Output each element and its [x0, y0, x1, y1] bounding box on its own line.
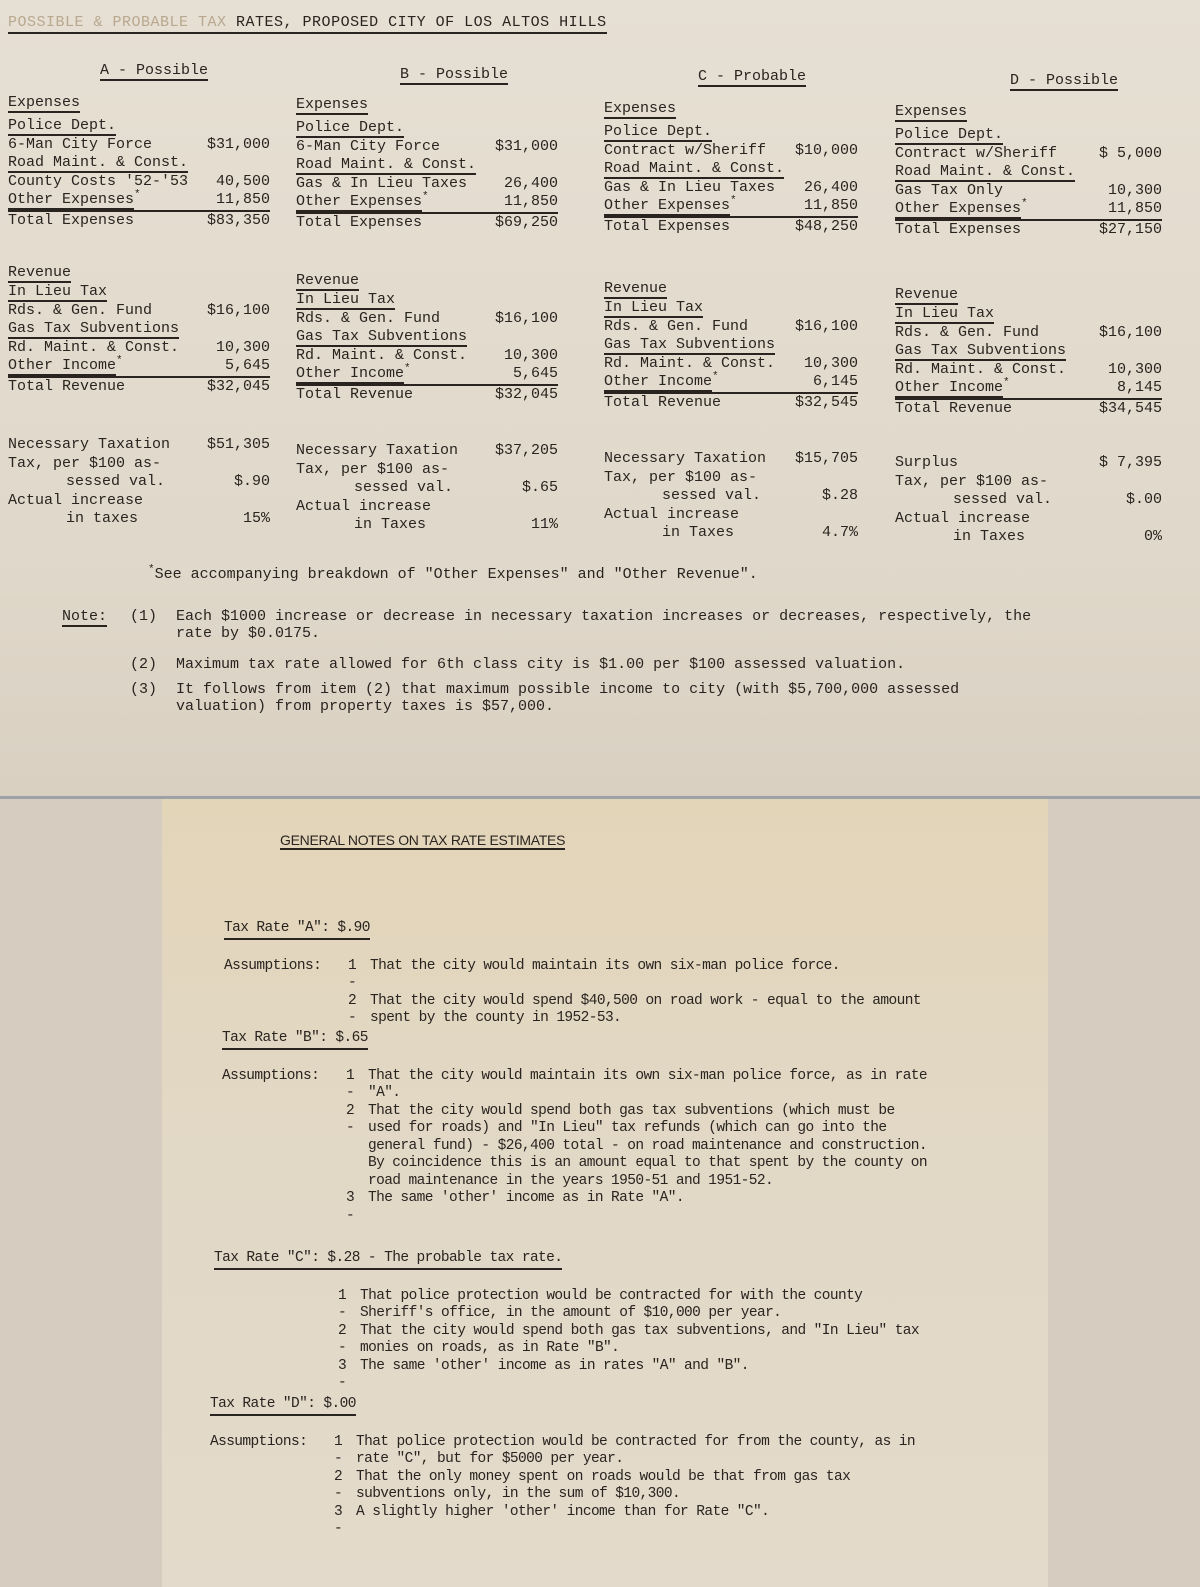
tax-rate-value: $.28 — [822, 487, 858, 506]
assumption-item: 2 -That the city would spend $40,500 on … — [348, 993, 930, 1028]
note-item: (2) Maximum tax rate allowed for 6th cla… — [62, 656, 1046, 673]
revenue-row: Rd. Maint. & Const.10,300 — [895, 361, 1162, 380]
revenue-block: RevenueIn Lieu TaxRds. & Gen. Fund$16,10… — [296, 272, 558, 405]
revenue-row: Other Income*5,645 — [8, 357, 270, 376]
notes-label: Note: — [62, 609, 107, 627]
expenses-block: ExpensesPolice Dept.6-Man City Force$31,… — [296, 96, 558, 233]
revenue-label: Revenue — [604, 281, 667, 299]
necessary-taxation-row: Necessary Taxation$37,205 — [296, 442, 558, 461]
tax-rate-row: sessed val.$.65 — [296, 479, 558, 498]
tax-rate-row: sessed val.$.90 — [8, 473, 270, 492]
tax-rate-value: $.65 — [522, 479, 558, 498]
expense-row: Other Expenses*11,850 — [296, 193, 558, 212]
assumption-item: 3 -A slightly higher 'other' income than… — [334, 1504, 916, 1539]
expense-total-row: Total Expenses$27,150 — [895, 219, 1162, 240]
revenue-row: Rd. Maint. & Const.10,300 — [296, 347, 558, 366]
revenue-row: Rd. Maint. & Const.10,300 — [604, 355, 858, 374]
expenses-block: ExpensesPolice Dept.6-Man City Force$31,… — [8, 94, 270, 231]
assumptions-label: Assumptions: — [210, 1434, 307, 1450]
assumption-item: 1 -That the city would maintain its own … — [348, 958, 930, 993]
assumption-item: 1 -That police protection would be contr… — [334, 1434, 916, 1469]
footnote: *See accompanying breakdown of "Other Ex… — [148, 566, 758, 583]
revenue-total-row: Total Revenue$32,045 — [296, 384, 558, 405]
tax-rate-value: $.90 — [234, 473, 270, 492]
tax-increase-value: 0% — [1144, 528, 1162, 547]
expense-row: Other Expenses*11,850 — [895, 200, 1162, 219]
revenue-block: RevenueIn Lieu TaxRds. & Gen. Fund$16,10… — [604, 280, 858, 413]
revenue-total-row: Total Revenue$32,545 — [604, 392, 858, 413]
expenses-block: ExpensesPolice Dept.Contract w/Sheriff$1… — [604, 100, 858, 237]
tax-rate-sheet: POSSIBLE & PROBABLE TAX RATES, PROPOSED … — [0, 0, 1200, 795]
document-title: POSSIBLE & PROBABLE TAX RATES, PROPOSED … — [8, 14, 607, 34]
revenue-row: Rds. & Gen. Fund$16,100 — [604, 318, 858, 337]
revenue-row: Rds. & Gen. Fund$16,100 — [895, 324, 1162, 343]
note-item: Note: (1) Each $1000 increase or decreas… — [62, 608, 1046, 642]
revenue-label: Revenue — [296, 273, 359, 291]
expense-row: 6-Man City Force$31,000 — [8, 136, 270, 155]
necessary-taxation-row: Necessary Taxation$51,305 — [8, 436, 270, 455]
assumption-item: 1 -That police protection would be contr… — [338, 1288, 920, 1323]
tax-rate-section: Tax Rate "C": $.28 - The probable tax ra… — [214, 1250, 954, 1393]
tax-rate-section: Tax Rate "B": $.65Assumptions:1 -That th… — [222, 1030, 962, 1225]
taxation-result-block: Necessary Taxation$15,705Tax, per $100 a… — [604, 450, 858, 543]
tax-rate-section: Tax Rate "A": $.90Assumptions:1 -That th… — [224, 920, 964, 1028]
taxation-result-block: Necessary Taxation$51,305Tax, per $100 a… — [8, 436, 270, 529]
revenue-row: Other Income*8,145 — [895, 379, 1162, 398]
expense-row: Contract w/Sheriff$ 5,000 — [895, 145, 1162, 164]
assumption-item: 2 -That the city would spend both gas ta… — [338, 1323, 920, 1358]
general-notes-title: GENERAL NOTES ON TAX RATE ESTIMATES — [280, 832, 565, 850]
tax-rate-row: sessed val.$.00 — [895, 491, 1162, 510]
tax-rate-row: sessed val.$.28 — [604, 487, 858, 506]
expense-row: Other Expenses*11,850 — [8, 191, 270, 210]
revenue-row: Other Income*5,645 — [296, 365, 558, 384]
revenue-block: RevenueIn Lieu TaxRds. & Gen. Fund$16,10… — [895, 286, 1162, 419]
revenue-label: Revenue — [895, 287, 958, 305]
tax-increase-row: in Taxes11% — [296, 516, 558, 535]
expenses-label: Expenses — [604, 101, 676, 119]
expenses-block: ExpensesPolice Dept.Contract w/Sheriff$ … — [895, 103, 1162, 240]
tax-increase-value: 11% — [531, 516, 558, 535]
note-item: (3) It follows from item (2) that maximu… — [62, 681, 1046, 715]
expense-total-row: Total Expenses$83,350 — [8, 210, 270, 231]
tax-rate-heading: Tax Rate "A": $.90 — [224, 920, 370, 940]
taxation-result-block: Surplus$ 7,395Tax, per $100 as-sessed va… — [895, 454, 1162, 547]
assumption-item: 2 -That the only money spent on roads wo… — [334, 1469, 916, 1504]
tax-rate-heading: Tax Rate "D": $.00 — [210, 1396, 356, 1416]
tax-increase-row: in Taxes4.7% — [604, 524, 858, 543]
revenue-row: Rds. & Gen. Fund$16,100 — [8, 302, 270, 321]
assumption-item: 2 -That the city would spend both gas ta… — [346, 1103, 928, 1191]
necessary-taxation-row: Necessary Taxation$15,705 — [604, 450, 858, 469]
assumptions-label: Assumptions: — [224, 958, 321, 974]
document-title-faded: POSSIBLE & PROBABLE TAX — [8, 14, 227, 31]
expense-row: Contract w/Sheriff$10,000 — [604, 142, 858, 161]
column-heading: C - Probable — [698, 68, 806, 87]
document-title-main: RATES, PROPOSED CITY OF LOS ALTOS HILLS — [227, 14, 607, 31]
revenue-block: RevenueIn Lieu TaxRds. & Gen. Fund$16,10… — [8, 264, 270, 397]
assumption-item: 3 -The same 'other' income as in rates "… — [338, 1358, 920, 1393]
column-heading: B - Possible — [400, 66, 508, 85]
notes-section: Note: (1) Each $1000 increase or decreas… — [62, 608, 1046, 722]
revenue-total-row: Total Revenue$32,045 — [8, 376, 270, 397]
revenue-row: Other Income*6,145 — [604, 373, 858, 392]
necessary-taxation-row: Surplus$ 7,395 — [895, 454, 1162, 473]
assumption-item: 1 -That the city would maintain its own … — [346, 1068, 928, 1103]
assumptions-label: Assumptions: — [222, 1068, 319, 1084]
expenses-label: Expenses — [8, 95, 80, 113]
revenue-total-row: Total Revenue$34,545 — [895, 398, 1162, 419]
tax-rate-section: Tax Rate "D": $.00Assumptions:1 -That po… — [210, 1396, 950, 1539]
column-heading: A - Possible — [100, 62, 208, 81]
expense-row: Other Expenses*11,850 — [604, 197, 858, 216]
tax-increase-value: 4.7% — [822, 524, 858, 543]
tax-increase-row: in taxes15% — [8, 510, 270, 529]
tax-rate-value: $.00 — [1126, 491, 1162, 510]
expenses-label: Expenses — [296, 97, 368, 115]
revenue-label: Revenue — [8, 265, 71, 283]
assumption-item: 3 -The same 'other' income as in Rate "A… — [346, 1190, 928, 1225]
expense-row: 6-Man City Force$31,000 — [296, 138, 558, 157]
tax-increase-row: in Taxes0% — [895, 528, 1162, 547]
expense-row: Gas Tax Only10,300 — [895, 182, 1162, 201]
expenses-label: Expenses — [895, 104, 967, 122]
expense-total-row: Total Expenses$48,250 — [604, 216, 858, 237]
tax-rate-heading: Tax Rate "C": $.28 - The probable tax ra… — [214, 1250, 562, 1270]
expense-total-row: Total Expenses$69,250 — [296, 212, 558, 233]
revenue-row: Rds. & Gen. Fund$16,100 — [296, 310, 558, 329]
tax-rate-heading: Tax Rate "B": $.65 — [222, 1030, 368, 1050]
tax-increase-value: 15% — [243, 510, 270, 529]
taxation-result-block: Necessary Taxation$37,205Tax, per $100 a… — [296, 442, 558, 535]
revenue-row: Rd. Maint. & Const.10,300 — [8, 339, 270, 358]
column-heading: D - Possible — [1010, 72, 1118, 91]
